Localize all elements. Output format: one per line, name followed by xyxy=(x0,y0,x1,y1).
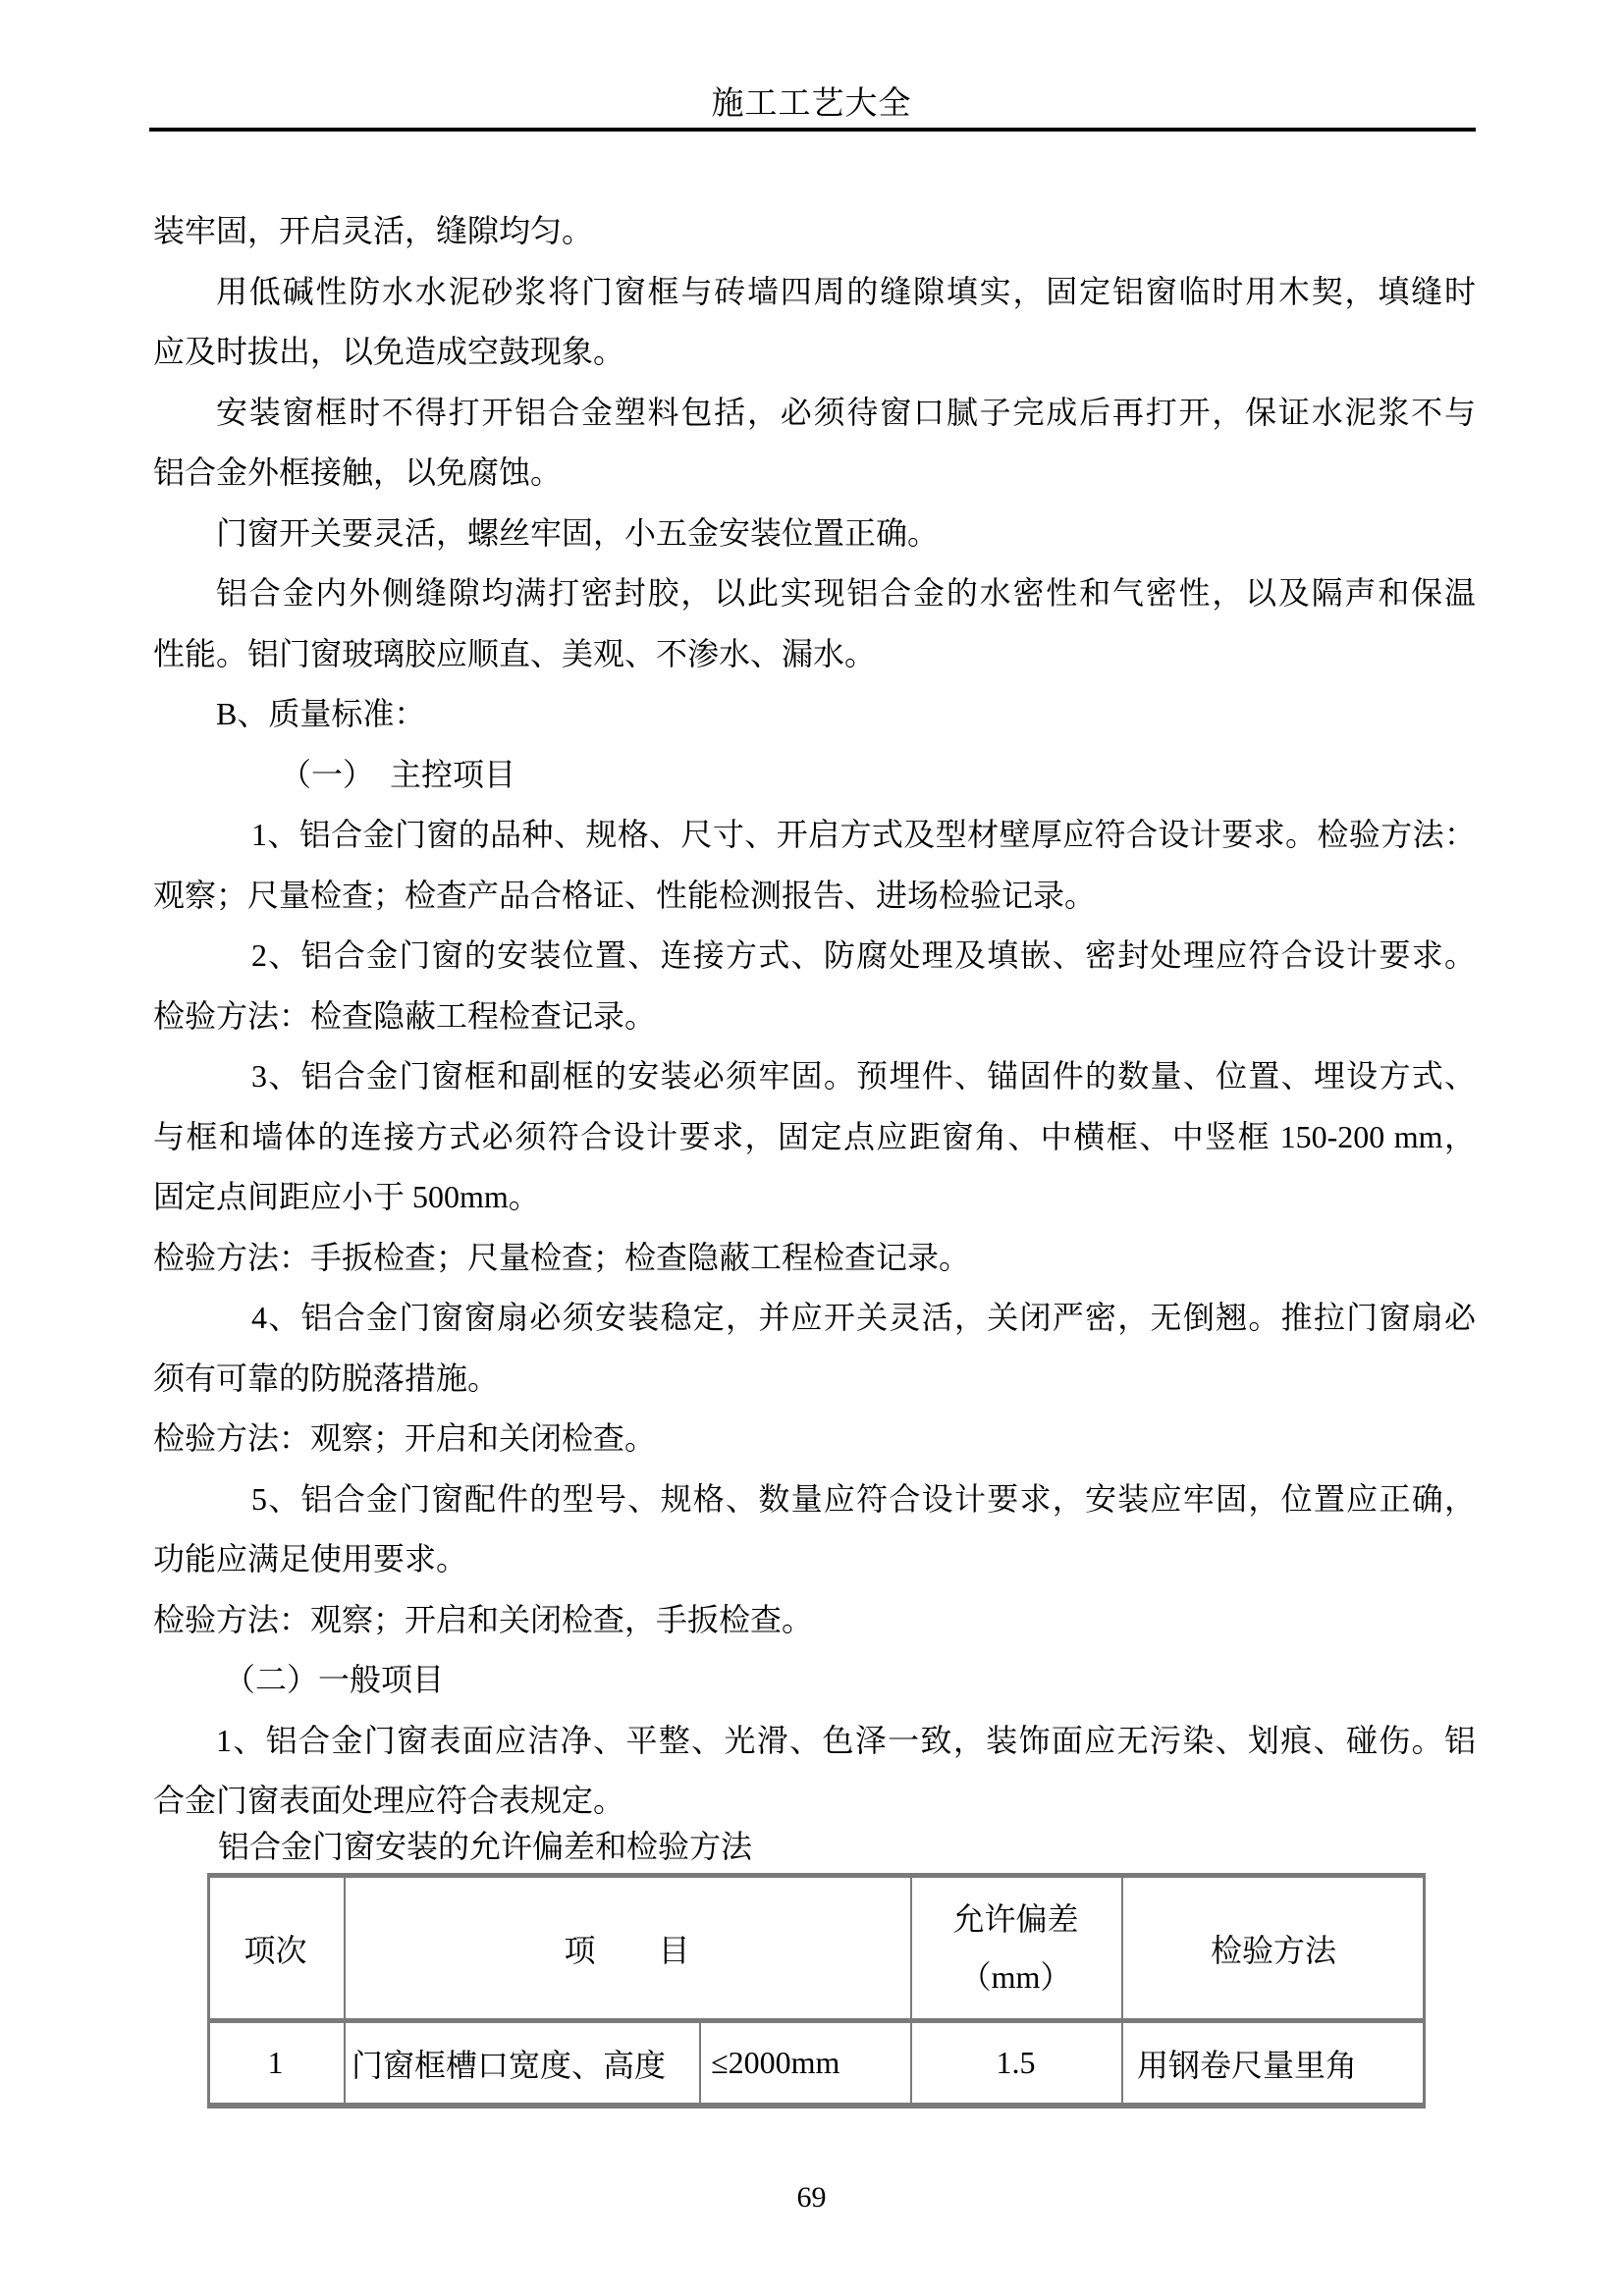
body-line: 3、铝合金门窗框和副框的安装必须牢固。预埋件、锚固件的数量、位置、埋设方式、 xyxy=(153,1046,1476,1107)
table-header-item-no: 项次 xyxy=(207,1878,344,2018)
body-line: 检验方法：手扳检查；尺量检查；检查隐蔽工程检查记录。 xyxy=(153,1228,1476,1289)
body-line: 观察；尺量检查；检查产品合格证、性能检测报告、进场检验记录。 xyxy=(153,866,1476,927)
table-cell-item-no: 1 xyxy=(207,2023,344,2103)
body-line: 装牢固，开启灵活，缝隙均匀。 xyxy=(153,201,1476,262)
body-line: 性能。铝门窗玻璃胶应顺直、美观、不渗水、漏水。 xyxy=(153,624,1476,685)
document-body: 装牢固，开启灵活，缝隙均匀。 用低碱性防水水泥砂浆将门窗框与砖墙四周的缝隙填实，… xyxy=(153,201,1476,1832)
table-caption: 铝合金门窗安装的允许偏差和检验方法 xyxy=(153,1823,1541,1870)
body-line: 门窗开关要灵活，螺丝牢固，小五金安装位置正确。 xyxy=(153,504,1476,564)
table-header-tolerance: 允许偏差 （mm） xyxy=(910,1878,1121,2018)
body-line: 4、铝合金门窗窗扇必须安装稳定，并应开关灵活，关闭严密，无倒翘。推拉门窗扇必 xyxy=(153,1288,1476,1349)
body-line: 铝合金外框接触，以免腐蚀。 xyxy=(153,443,1476,504)
body-line: 1、铝合金门窗的品种、规格、尺寸、开启方式及型材壁厚应符合设计要求。检验方法： xyxy=(153,805,1476,866)
body-line: 检验方法：观察；开启和关闭检查。 xyxy=(153,1409,1476,1469)
body-line: 安装窗框时不得打开铝合金塑料包括，必须待窗口腻子完成后再打开，保证水泥浆不与 xyxy=(153,383,1476,444)
body-line: 固定点间距应小于 500mm。 xyxy=(153,1167,1476,1228)
table-grid-line xyxy=(699,2018,701,2109)
body-line: 用低碱性防水水泥砂浆将门窗框与砖墙四周的缝隙填实，固定铝窗临时用木契，填缝时 xyxy=(153,262,1476,323)
page-number: 69 xyxy=(0,2181,1623,2215)
table-cell-method: 用钢卷尺量里角 xyxy=(1137,2023,1424,2103)
body-line: 应及时拔出，以免造成空鼓现象。 xyxy=(153,322,1476,383)
table-cell-item-sub: ≤2000mm xyxy=(711,2023,908,2103)
body-line: 5、铝合金门窗配件的型号、规格、数量应符合设计要求，安装应牢固，位置应正确， xyxy=(153,1469,1476,1530)
table-border-bottom xyxy=(207,2103,1426,2109)
body-line: B、质量标准： xyxy=(153,684,1476,745)
table-header-method: 检验方法 xyxy=(1121,1878,1426,2018)
body-line: （二）一般项目 xyxy=(153,1650,1476,1711)
page-title: 施工工艺大全 xyxy=(0,86,1623,122)
header-divider xyxy=(149,128,1476,132)
body-line: 功能应满足使用要求。 xyxy=(153,1529,1476,1590)
body-line: 检验方法：观察；开启和关闭检查，手扳检查。 xyxy=(153,1590,1476,1651)
body-line: 与框和墙体的连接方式必须符合设计要求，固定点应距窗角、中横框、中竖框 150-2… xyxy=(153,1107,1476,1168)
table-header-item: 项 目 xyxy=(344,1878,910,2018)
body-line: 须有可靠的防脱落措施。 xyxy=(153,1349,1476,1410)
body-line: 检验方法：检查隐蔽工程检查记录。 xyxy=(153,987,1476,1047)
table-cell-tolerance: 1.5 xyxy=(910,2023,1121,2103)
body-line: 2、铝合金门窗的安装位置、连接方式、防腐处理及填嵌、密封处理应符合设计要求。 xyxy=(153,926,1476,987)
body-line: 铝合金内外侧缝隙均满打密封胶，以此实现铝合金的水密性和气密性，以及隔声和保温 xyxy=(153,563,1476,624)
body-line: 1、铝合金门窗表面应洁净、平整、光滑、色泽一致，装饰面应无污染、划痕、碰伤。铝 xyxy=(153,1711,1476,1772)
body-line: （一） 主控项目 xyxy=(153,745,1476,806)
table-cell-item: 门窗框槽口宽度、高度 xyxy=(352,2023,697,2103)
